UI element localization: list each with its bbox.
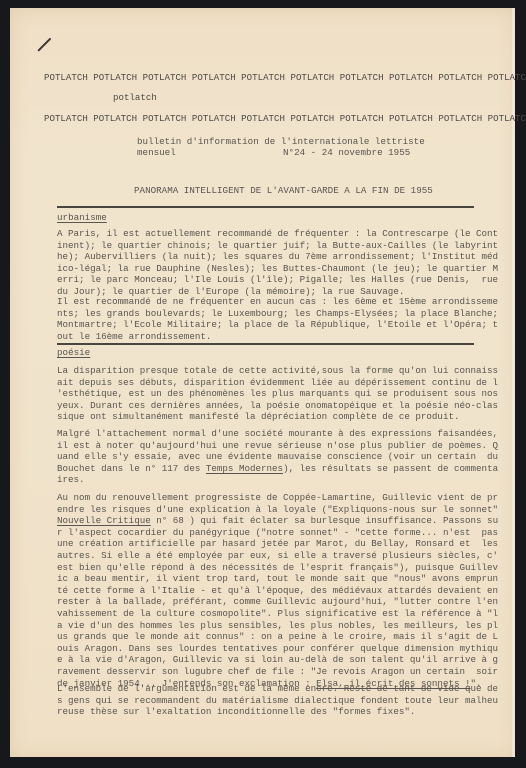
- text-line: ouis Aragon. Dans ses lourdes tentatives…: [57, 643, 477, 655]
- text-line: Montmartre; l'Ecole Militaire; la place …: [57, 319, 477, 331]
- text-line: out le 16ème arrondissement.: [57, 331, 477, 343]
- pen-mark: [37, 38, 51, 52]
- text-line: nts; les grands boulevards; le Luxembour…: [57, 308, 477, 320]
- text-line: a vie d'un des hommes les plus sensibles…: [57, 620, 477, 632]
- text-line: ires.: [57, 474, 477, 486]
- text-line: vahissement de la culture cosmopolite". …: [57, 608, 477, 620]
- text-line: Bouchet dans le n° 117 des Temps Moderne…: [57, 463, 477, 475]
- text-line: L'ensemble de l'argumentation est de la …: [57, 683, 477, 695]
- underlined-title: Temps Modernes: [206, 463, 283, 474]
- text-line: Malgré l'attachement normal d'une sociét…: [57, 428, 477, 440]
- issue-info: N°24 - 24 novembre 1955: [283, 147, 410, 158]
- text-line: est bien qu'elle répond à des nécessités…: [57, 562, 477, 574]
- text-line: reuse thèse sur l'exaltation incondition…: [57, 706, 477, 718]
- text-line: yeux. Durant ces dernières années, la po…: [57, 400, 477, 412]
- text-line: inent); le quartier chinois; le quartier…: [57, 240, 477, 252]
- text-line: ait depuis ses débuts, disparition évide…: [57, 377, 477, 389]
- text-line: ravement desservir son lugubre chef de f…: [57, 666, 477, 678]
- text-line: ic a beau mentir, il vient trop tard, to…: [57, 573, 477, 585]
- masthead-repeat-line-2: POTLATCH POTLATCH POTLATCH POTLATCH POTL…: [44, 113, 526, 124]
- masthead-repeat-line-1: POTLATCH POTLATCH POTLATCH POTLATCH POTL…: [44, 72, 526, 83]
- text-line: sique ont simultanément manifesté la dép…: [57, 411, 477, 423]
- text-line: il est à noter qu'aujourd'hui une revue …: [57, 440, 477, 452]
- section-heading-poesie: poésie: [57, 347, 90, 358]
- text-line: Nouvelle Critique n° 68 ) qui fait éclat…: [57, 515, 477, 527]
- text-line: autres. Si elle a été employée par eux, …: [57, 550, 477, 562]
- text-line: une création artificielle par hasard jet…: [57, 538, 477, 550]
- text-line: La disparition presque totale de cette a…: [57, 365, 477, 377]
- text-line: endre les risques d'une explication à la…: [57, 504, 477, 516]
- text-line: erri; le parc Monceau; l'Ile Louis (l'îl…: [57, 274, 477, 286]
- headline: PANORAMA INTELLIGENT DE L'AVANT-GARDE A …: [134, 185, 433, 196]
- text-line: A Paris, il est actuellement recommandé …: [57, 228, 477, 240]
- text-line: r l'aspect cocardier du panégyrique ("no…: [57, 527, 477, 539]
- text-line: s gens qui se recommandent du matérialis…: [57, 695, 477, 707]
- paragraph-poesie-4: L'ensemble de l'argumentation est de la …: [57, 683, 477, 718]
- text-line: rester à la ballade, préférant, comme Gu…: [57, 596, 477, 608]
- paragraph-urbanisme-avoid: Il est recommandé de ne fréquenter en au…: [57, 296, 477, 342]
- frequency-label: mensuel: [137, 147, 176, 158]
- paragraph-poesie-2: Malgré l'attachement normal d'une sociét…: [57, 428, 477, 486]
- text-line: Il est recommandé de ne fréquenter en au…: [57, 296, 477, 308]
- text-line: ico-légal; la rue Dauphine (Nesles); les…: [57, 263, 477, 275]
- section-heading-urbanisme: urbanisme: [57, 212, 107, 223]
- text-line: e à la vie d'Aragon, Guillevic va si loi…: [57, 654, 477, 666]
- paragraph-urbanisme-recommended: A Paris, il est actuellement recommandé …: [57, 228, 477, 298]
- paragraph-poesie-1: La disparition presque totale de cette a…: [57, 365, 477, 423]
- text-line: 'esthétique, est un des phénomènes les p…: [57, 388, 477, 400]
- text-line: té cette forme à l'Italie - et qu'à l'ép…: [57, 585, 477, 597]
- text-line: he); Aubervilliers (la nuit); les square…: [57, 251, 477, 263]
- text-line: Au nom du renouvellement progressiste de…: [57, 492, 477, 504]
- masthead-subtitle: potlatch: [113, 92, 157, 103]
- text-line: us grands que le monde ait connus" : on …: [57, 631, 477, 643]
- text-line: uand elle s'y essaie, avec une évidente …: [57, 451, 477, 463]
- section-divider: [57, 343, 474, 345]
- bulletin-description: bulletin d'information de l'internationa…: [137, 136, 425, 147]
- underlined-title: Nouvelle Critique: [57, 515, 151, 526]
- section-divider: [57, 206, 474, 208]
- paragraph-poesie-3: Au nom du renouvellement progressiste de…: [57, 492, 477, 689]
